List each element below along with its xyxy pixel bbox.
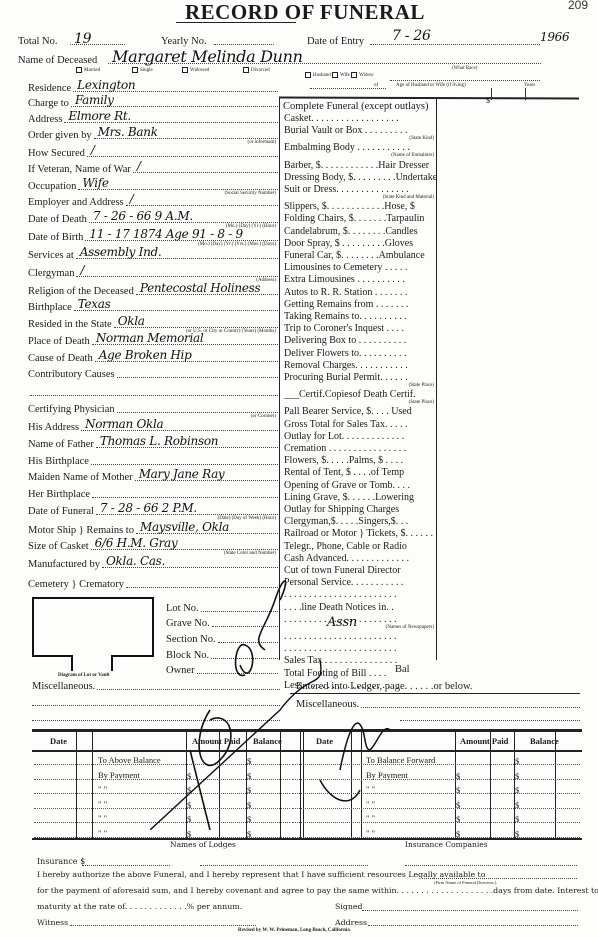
married-checkbox[interactable]: [76, 67, 82, 73]
authorization-line-2: for the payment of aforesaid sum, and I …: [37, 886, 598, 895]
ledger-row-line[interactable]: [34, 808, 290, 809]
date-of-entry-value: 7 - 26: [392, 28, 431, 44]
wife-checkbox[interactable]: [332, 72, 338, 78]
field-label: Maiden Name of Mother: [28, 472, 135, 483]
bill-line-item[interactable]: Candelabrum, $. . . . . . . .Candles: [284, 226, 436, 237]
dollar-sign: $: [247, 785, 251, 795]
bill-item-hint: (State Place): [409, 400, 434, 405]
insurance-companies-field[interactable]: [405, 865, 577, 866]
husband-option[interactable]: Husband: [305, 73, 331, 78]
field-label: His Birthplace: [28, 456, 91, 467]
ledger-header: Amount Paid: [192, 736, 240, 746]
bill-line-item[interactable]: Outlay for Lot. . . . . . . . . . . . .: [284, 431, 436, 442]
field-input[interactable]: Family: [71, 95, 278, 107]
authorization-line-3: maturity at the rate of. . . . . . . . .…: [37, 902, 242, 911]
field-label: Cemetery } Crematory: [28, 579, 126, 590]
revised-by-credit: Revised by W. W. Peineman, Long Beach, C…: [238, 928, 350, 933]
title-underline: [176, 22, 296, 23]
field-input[interactable]: Pentecostal Holiness: [136, 283, 278, 295]
field-row: BirthplaceTexas: [28, 299, 278, 313]
ledger-header: Date: [316, 736, 333, 746]
bill-line-item[interactable]: Suit or Dress. . . . . . . . . . . . . .…: [284, 184, 436, 195]
ledger-row-line[interactable]: [292, 822, 580, 823]
bill-line-item[interactable]: Deliver Flowers to. . . . . . . . . .: [284, 348, 436, 359]
ledger-row-line[interactable]: [292, 779, 580, 780]
dollar-sign: $: [187, 814, 191, 824]
field-row: Cemetery } Crematory: [28, 576, 278, 590]
spouse-of-label: of: [374, 83, 378, 88]
field-value: Mary Jane Ray: [139, 467, 225, 481]
dollar-sign: $: [456, 814, 460, 824]
bill-item-hint: (State Kind and Material): [383, 195, 434, 200]
grave-no-row: Grave No.: [166, 615, 278, 629]
bill-line-item[interactable]: Extra Limousines . . . . . . . . . .: [284, 274, 436, 285]
bill-item-hint: (State Kind): [409, 136, 434, 141]
field-label: Services at: [28, 250, 76, 261]
bill-line-item[interactable]: Dressing Body, $. . . . . . . . .Underta…: [284, 172, 436, 183]
misc2-field[interactable]: [361, 696, 580, 708]
field-label: Residence: [28, 83, 73, 94]
field-label: How Secured: [28, 148, 87, 159]
widow-checkbox[interactable]: [351, 72, 357, 78]
field-label: Address: [28, 114, 64, 125]
widow-option[interactable]: Widow: [351, 73, 374, 78]
total-no-value: 19: [74, 31, 91, 47]
field-input[interactable]: Thomas L. Robinson: [96, 436, 278, 448]
field-value: Maysville, Okla: [140, 520, 229, 534]
field-row: Services atAssembly Ind.: [28, 247, 278, 261]
owner-field[interactable]: [197, 662, 278, 674]
field-value: Okla. Cas.: [106, 554, 165, 568]
bill-item-hint: (Name of Embalmer): [391, 153, 434, 158]
bill-line-item[interactable]: Delivering Box to . . . . . . . . . .: [284, 335, 436, 346]
field-row: Employer and Address/: [28, 194, 278, 208]
field-input[interactable]: /: [133, 161, 278, 173]
bill-line-item[interactable]: Cremation . . . . . . . . . . . . . . . …: [284, 443, 436, 454]
field-value: 7 - 26 - 66 9 A.M.: [93, 209, 193, 223]
block-no-row: Block No.: [166, 647, 278, 661]
field-label: Manufactured by: [28, 559, 102, 570]
total-no-label: Total No.: [18, 36, 58, 47]
field-value: Lexington: [77, 78, 135, 92]
spouse-of-line: [310, 88, 386, 89]
dollar-sign: $: [515, 785, 519, 795]
yearly-no-line: [214, 44, 274, 45]
ledger-row-line[interactable]: [34, 837, 290, 838]
bill-line-item[interactable]: Rental of Tent, $ . . . .of Temp: [284, 467, 436, 478]
dollar-sign: $: [456, 829, 460, 839]
field-label: Cause of Death: [28, 353, 95, 364]
status-divorced[interactable]: Divorced: [243, 67, 270, 73]
field-input[interactable]: Age Broken Hip: [95, 350, 278, 362]
field-input[interactable]: Assembly Ind.: [76, 247, 278, 259]
field-label: Clergyman: [28, 268, 76, 279]
misc-line-2: [32, 705, 280, 706]
what-race-hint: (What Race): [452, 66, 477, 71]
bill-dollar: $: [486, 96, 490, 105]
field-row: How Secured/: [28, 145, 278, 159]
field-input[interactable]: Norman Memorial: [92, 333, 278, 345]
divorced-checkbox[interactable]: [243, 67, 249, 73]
status-single[interactable]: Single: [132, 67, 153, 73]
balance-label: Bal: [395, 664, 410, 675]
ledger-row-line[interactable]: [34, 822, 290, 823]
bill-line-item[interactable]: Trip to Coroner's Inquest . . . .: [284, 323, 436, 334]
field-value: /: [80, 263, 84, 277]
misc-row: Miscellaneous.: [32, 678, 280, 692]
ledger-header: Date: [50, 736, 67, 746]
field-input[interactable]: [91, 453, 278, 465]
ledger-row-line[interactable]: [292, 764, 580, 765]
bill-line-item[interactable]: Burial Vault or Box . . . . . . . . .: [284, 125, 436, 136]
status-widowed[interactable]: Widowed: [182, 67, 209, 73]
field-value: Elmore Rt.: [68, 109, 131, 123]
misc-line-3: [32, 720, 280, 721]
field-row: Charge toFamily: [28, 95, 278, 109]
bill-line-item[interactable]: Telegr., Phone, Cable or Radio: [284, 541, 436, 552]
dollar-sign: $: [456, 800, 460, 810]
field-row: Order given byMrs. Bank(or informant): [28, 127, 278, 141]
bill-line-item[interactable]: . . . . . . . . . . . . . . . . . . . . …: [284, 643, 436, 654]
field-row: Date of Death7 - 26 - 66 9 A.M.(Mo.) (Da…: [28, 211, 278, 225]
dollar-sign: $: [515, 814, 519, 824]
funeral-record-page: RECORD OF FUNERAL 209 Total No. 19 Yearl…: [0, 0, 598, 938]
signed-field[interactable]: [362, 910, 578, 911]
field-row: ResidenceLexington: [28, 80, 278, 94]
dollar-sign: $: [247, 756, 251, 766]
bill-line-item[interactable]: Lining Grave, $. . . . . .Lowering: [284, 492, 436, 503]
field-value: Texas: [78, 297, 111, 311]
field-input[interactable]: 7 - 28 - 66 2 P.M.(Date) (Day of Week) (…: [96, 503, 278, 515]
widowed-checkbox[interactable]: [182, 67, 188, 73]
field-row: Size of Casket6/6 H.M. Gray(State Color …: [28, 538, 278, 552]
bill-line-item[interactable]: ___Certif.Copiesof Death Certif.: [284, 389, 436, 400]
section-no-field[interactable]: [218, 631, 278, 643]
bill-line-item[interactable]: Barber, $. . . . . . . . . . . .Hair Dre…: [284, 160, 436, 171]
bill-line-item[interactable]: Removal Charges. . . . . . . . . . .: [284, 360, 436, 371]
field-label: Occupation: [28, 181, 78, 192]
lot-diagram-box: [32, 597, 154, 657]
field-label: Size of Casket: [28, 541, 91, 552]
ledger-top-rule: [32, 729, 582, 732]
field-value: 6/6 H.M. Gray: [95, 536, 178, 550]
firm-hint: (Firm Name of Funeral Directors.): [434, 880, 496, 885]
itemized-bill-panel: Casket. . . . . . . . . . . . . . . . . …: [279, 97, 437, 660]
bill-line-item[interactable]: Cash Advanced. . . . . . . . . . . . .: [284, 553, 436, 564]
signed-label: Signed: [335, 902, 362, 911]
dollar-sign: $: [515, 829, 519, 839]
field-input[interactable]: [92, 486, 278, 498]
field-value: 7 - 28 - 66 2 P.M.: [100, 501, 197, 515]
insurance-field[interactable]: [82, 865, 170, 866]
field-value: Norman Memorial: [96, 331, 204, 345]
bill-line-item[interactable]: Cut of town Funeral Director: [284, 565, 436, 576]
dollar-sign: $: [515, 756, 519, 766]
status-married[interactable]: Married: [76, 67, 100, 73]
field-input[interactable]: [117, 366, 278, 378]
field-input[interactable]: 11 - 17 1874 Age 91 - 8 - 9(Mo.) (Day) (…: [85, 229, 278, 241]
field-value: Mrs. Bank: [98, 125, 158, 139]
field-input[interactable]: /(Address): [76, 265, 278, 277]
age-spouse-hint: Age of Husband or Wife (if living): [396, 83, 466, 88]
field-row: AddressElmore Rt.: [28, 111, 278, 125]
field-row: Contributory Causes: [28, 366, 278, 380]
firm-name-field[interactable]: [422, 878, 577, 879]
field-input[interactable]: /: [87, 145, 278, 157]
bill-line-item[interactable]: Folding Chairs, $. . . . . . .Tarpaulin: [284, 213, 436, 224]
field-row: Clergyman/(Address): [28, 265, 278, 279]
bill-line-item[interactable]: Total Footing of Bill . . . .: [284, 668, 436, 679]
dollar-sign: $: [515, 800, 519, 810]
bill-line-item[interactable]: Gross Total for Sales Tax. . . . .: [284, 419, 436, 430]
bill-line-item[interactable]: . . . .line Death Notices in. .: [284, 602, 436, 613]
field-input[interactable]: Elmore Rt.: [64, 111, 278, 123]
ledger-header: Balance: [253, 736, 282, 746]
field-row: Maiden Name of MotherMary Jane Ray: [28, 469, 278, 483]
bill-line-item[interactable]: . . . . . . . . . . . . . . . . . . . . …: [284, 589, 436, 600]
field-row: Place of DeathNorman Memorial: [28, 333, 278, 347]
field-input[interactable]: Okla(or U.S. or City or County) (Years) …: [114, 316, 278, 328]
field-input[interactable]: Mary Jane Ray: [135, 469, 278, 481]
dollar-sign: $: [247, 800, 251, 810]
field-label: Birthplace: [28, 302, 74, 313]
field-input[interactable]: Texas: [74, 299, 278, 311]
field-value: /: [137, 159, 141, 173]
bill-line-item[interactable]: Railroad or Motor } Tickets, $. . . . . …: [284, 528, 436, 539]
spouse-options: Husband Wife Widow: [305, 72, 374, 78]
bill-line-item[interactable]: Sales Tax . . . . . . . . . . . . . . .: [284, 655, 436, 666]
bill-line-item[interactable]: Pall Bearer Service, $. . . . Used: [284, 406, 436, 417]
field-value: /: [130, 192, 134, 206]
field-row: Cause of DeathAge Broken Hip: [28, 350, 278, 364]
field-label: Contributory Causes: [28, 369, 117, 380]
field-label: Resided in the State: [28, 319, 114, 330]
lodges-field[interactable]: [200, 865, 368, 866]
ledger-row-line[interactable]: [292, 808, 580, 809]
field-input[interactable]: (or Coroner): [117, 401, 278, 413]
bill-line-item[interactable]: Opening of Grave or Tomb. . . .: [284, 480, 436, 491]
field-row: Name of FatherThomas L. Robinson: [28, 436, 278, 450]
field-input[interactable]: Maysville, Okla: [136, 522, 278, 534]
field-value: Assembly Ind.: [80, 245, 162, 259]
field-row: Date of Birth11 - 17 1874 Age 91 - 8 - 9…: [28, 229, 278, 243]
block-no-field[interactable]: [211, 647, 278, 659]
authorization-line-1: I hereby authorize the above Funeral, an…: [37, 870, 485, 879]
field-label: Her Birthplace: [28, 489, 92, 500]
husband-checkbox[interactable]: [305, 72, 311, 78]
dollar-sign: $: [187, 785, 191, 795]
bill-line-item[interactable]: Funeral Car, $. . . . . . . .Ambulance: [284, 250, 436, 261]
ledger-header: Amount Paid: [460, 736, 508, 746]
misc2-row: Miscellaneous.: [296, 696, 580, 710]
bill-line-item[interactable]: . . . . . . . . . . . . . . . . . . . . …: [284, 614, 436, 625]
field-label: Employer and Address: [28, 197, 126, 208]
bill-line-item[interactable]: Autos to R. R. Station . . . . . . .: [284, 287, 436, 298]
date-of-entry-line: [370, 44, 540, 45]
field-label: If Veteran, Name of War: [28, 164, 133, 175]
less-value: Assn: [327, 615, 357, 630]
ledger-row-line[interactable]: [34, 793, 290, 794]
field-row: Religion of the DeceasedPentecostal Holi…: [28, 283, 278, 297]
dollar-sign: $: [187, 800, 191, 810]
ledger-header: Balance: [530, 736, 559, 746]
field-input[interactable]: [126, 576, 278, 588]
ledger-bottom-rule: [32, 838, 582, 840]
bill-line-item[interactable]: Limousines to Cemetery . . . . .: [284, 262, 436, 273]
witness-label: Witness: [37, 918, 68, 927]
bill-line-item[interactable]: Door Spray, $ . . . . . . . . .Gloves: [284, 238, 436, 249]
field-input[interactable]: Lexington: [73, 80, 278, 92]
yearly-no-label: Yearly No.: [161, 36, 207, 47]
field-input[interactable]: Okla. Cas.: [102, 556, 278, 568]
bill-line-item[interactable]: Clergyman,$. . . . .Singers,$. . .: [284, 516, 436, 527]
ledger-row-line[interactable]: [34, 779, 290, 780]
ledger-row-line[interactable]: [34, 764, 290, 765]
field-value: Family: [75, 93, 114, 107]
date-of-entry-year: 1966: [540, 30, 569, 44]
field-value: Norman Okla: [85, 417, 163, 431]
owner-row: Owner: [166, 662, 278, 676]
field-input[interactable]: 6/6 H.M. Gray(State Color and Number): [91, 538, 278, 550]
field-input[interactable]: Mrs. Bank(or informant): [94, 127, 278, 139]
field-row: If Veteran, Name of War/: [28, 161, 278, 175]
dollar-sign: $: [247, 771, 251, 781]
field-row: His AddressNorman Okla: [28, 419, 278, 433]
field-label: His Address: [28, 422, 81, 433]
field-row: [28, 384, 278, 398]
dollar-sign: $: [247, 814, 251, 824]
field-row: Date of Funeral7 - 28 - 66 2 P.M.(Date) …: [28, 503, 278, 517]
bill-col-b: [525, 88, 526, 100]
field-row: His Birthplace: [28, 453, 278, 467]
bill-line-item[interactable]: Personal Service. . . . . . . . . . .: [284, 577, 436, 588]
ledger-entry-line: [290, 693, 580, 694]
single-checkbox[interactable]: [132, 67, 138, 73]
field-label: Date of Funeral: [28, 506, 96, 517]
bill-line-item[interactable]: Taking Remains to. . . . . . . . . .: [284, 311, 436, 322]
field-input[interactable]: Norman Okla: [81, 419, 278, 431]
ledger-header-rule: [32, 750, 582, 752]
field-row: Motor Ship } Remains toMaysville, Okla: [28, 522, 278, 536]
dollar-sign: $: [456, 771, 460, 781]
field-value: Wife: [82, 176, 108, 190]
field-value: Thomas L. Robinson: [100, 434, 218, 448]
bill-line-item[interactable]: Embalming Body . . . . . . . . . . .: [284, 142, 436, 153]
bill-item-hint: (Names of Newspapers): [386, 625, 434, 630]
bill-col-a: [491, 88, 492, 100]
deceased-name-label: Name of Deceased: [18, 55, 97, 66]
field-label: Certifying Physician: [28, 404, 117, 415]
page-number: 209: [568, 0, 588, 12]
misc2-line-2: [400, 720, 580, 721]
field-row: OccupationWife(Social Security Number): [28, 178, 278, 192]
field-input[interactable]: [30, 384, 278, 396]
field-value: /: [91, 143, 95, 157]
field-label: Date of Birth: [28, 232, 85, 243]
field-label: Place of Death: [28, 336, 92, 347]
field-value: Pentecostal Holiness: [140, 281, 261, 295]
bill-line-item[interactable]: Outlay for Shipping Charges: [284, 504, 436, 515]
field-input[interactable]: 7 - 26 - 66 9 A.M.(Mo.) (Day) (Yr.) (Hou…: [89, 211, 278, 223]
ledger-entry-label: Entered into Ledger, page. . . . . .or b…: [296, 681, 472, 692]
bill-line-item[interactable]: Casket. . . . . . . . . . . . . . . . . …: [284, 113, 436, 124]
deceased-name-value: Margaret Melinda Dunn: [112, 47, 303, 66]
field-value: 11 - 17 1874 Age 91 - 8 - 9: [89, 227, 242, 241]
bill-item-hint: (State Place): [409, 383, 434, 388]
field-label: Religion of the Deceased: [28, 286, 136, 297]
dollar-sign: $: [187, 829, 191, 839]
wife-option[interactable]: Wife: [332, 73, 350, 78]
bill-line-item[interactable]: Slippers, $. . . . . . . . . . . .Hose, …: [284, 201, 436, 212]
insurance-label: Insurance $: [37, 857, 85, 866]
field-row: Certifying Physician(or Coroner): [28, 401, 278, 415]
field-label: Name of Father: [28, 439, 96, 450]
dollar-sign: $: [187, 771, 191, 781]
date-of-entry-label: Date of Entry: [307, 36, 364, 47]
dollar-sign: $: [247, 829, 251, 839]
field-input[interactable]: Wife(Social Security Number): [78, 178, 278, 190]
dollar-sign: $: [456, 785, 460, 795]
field-row: Resided in the StateOkla(or U.S. or City…: [28, 316, 278, 330]
field-row: Her Birthplace: [28, 486, 278, 500]
notch-cover: [73, 654, 111, 658]
field-label: Motor Ship } Remains to: [28, 525, 136, 536]
address-label: Address: [335, 918, 367, 927]
address-field[interactable]: [368, 925, 578, 926]
witness-field[interactable]: [70, 925, 256, 926]
field-label: Charge to: [28, 98, 71, 109]
section-no-row: Section No.: [166, 631, 278, 645]
bill-line-item[interactable]: Procuring Burial Permit. . . . . .: [284, 372, 436, 383]
ledger-row-line[interactable]: [292, 837, 580, 838]
field-label: Order given by: [28, 130, 94, 141]
grave-no-field[interactable]: [212, 615, 278, 627]
field-row: Manufactured byOkla. Cas.: [28, 556, 278, 570]
field-value: Okla: [118, 314, 145, 328]
bill-line-item[interactable]: Flowers, $. . . . .Palms, $ . . . .: [284, 455, 436, 466]
spouse-line: [390, 80, 540, 81]
lot-no-field[interactable]: [201, 600, 278, 612]
field-value: Age Broken Hip: [99, 348, 192, 362]
misc-field[interactable]: [97, 678, 280, 690]
ledger-row-line[interactable]: [292, 793, 580, 794]
field-input[interactable]: /: [126, 194, 278, 206]
bill-line-item[interactable]: Getting Remains from . . . . . . .: [284, 299, 436, 310]
bill-line-item[interactable]: . . . . . . . . . . . . . . . . . . . . …: [284, 631, 436, 642]
field-label: Date of Death: [28, 214, 89, 225]
lot-no-row: Lot No.: [166, 600, 278, 614]
dollar-sign: $: [515, 771, 519, 781]
